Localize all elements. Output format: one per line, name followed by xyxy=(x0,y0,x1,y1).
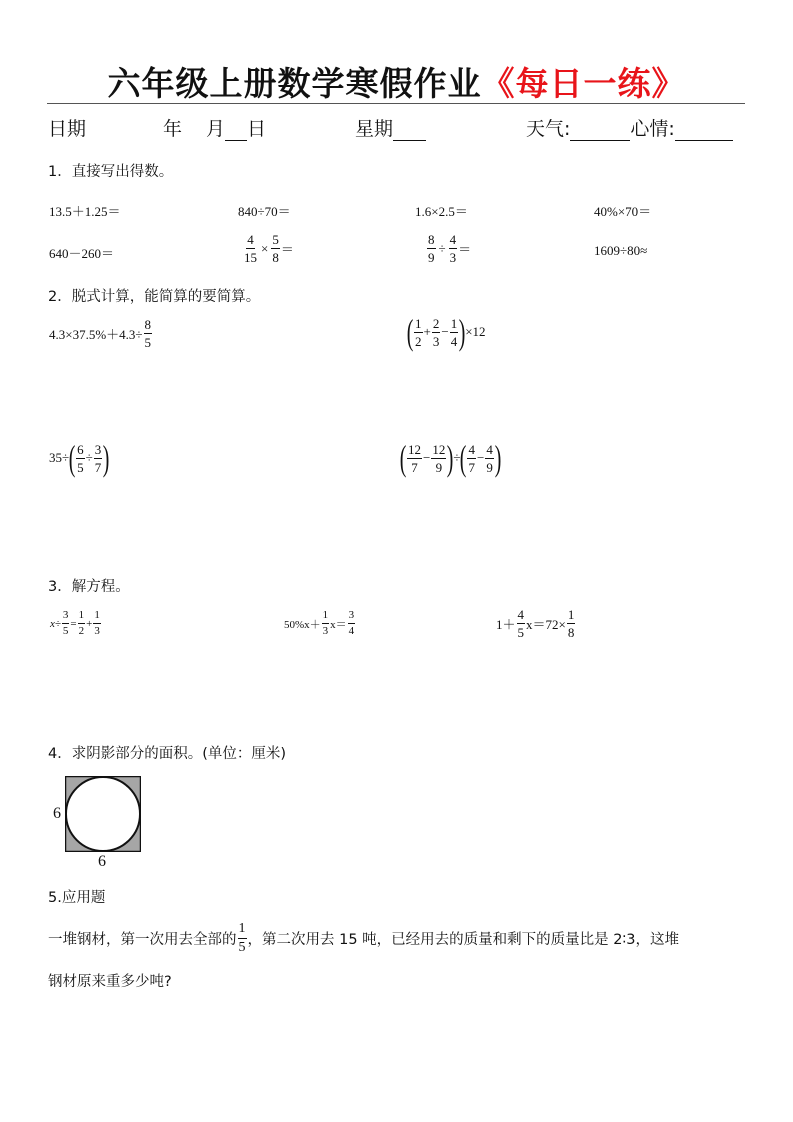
title-main: 六年级上册数学寒假作业 xyxy=(108,64,482,103)
q5-problem-line-1: 一堆钢材，第一次用去全部的 15 ，第二次用去 15 吨，已经用去的质量和剩下的… xyxy=(48,922,679,955)
q1-item-5: 640－260＝ xyxy=(49,243,114,262)
weekday-field[interactable]: 星期 xyxy=(355,114,426,141)
mood-blank[interactable] xyxy=(675,122,733,141)
q1-item-6: 415 × 58 ＝ xyxy=(242,233,294,264)
year-label: 年 xyxy=(163,114,182,141)
month-day-field[interactable]: 月日 xyxy=(206,114,266,141)
q3-title: 3．解方程。 xyxy=(48,575,130,596)
q1-item-4: 40%×70＝ xyxy=(594,201,651,220)
date-label: 日期 xyxy=(48,114,86,141)
q4-title: 4．求阴影部分的面积。(单位：厘米) xyxy=(48,742,286,763)
day-label: 日 xyxy=(247,118,266,140)
side-length-label: 6 xyxy=(53,805,61,823)
q2-expr-3: 35÷ ( 65 ÷ 37 ) xyxy=(49,440,109,476)
q1-title: 1．直接写出得数。 xyxy=(48,160,173,181)
weekday-blank[interactable] xyxy=(393,122,426,141)
q1-item-2: 840÷70＝ xyxy=(238,201,291,220)
q2-expr-2: ( 12 + 23 − 14 ) ×12 xyxy=(407,314,486,350)
mood-label: 心情: xyxy=(630,118,674,140)
weather-field[interactable]: 天气:心情: xyxy=(526,114,733,141)
q1-item-7: 89 ÷ 43 ＝ xyxy=(426,233,471,264)
title-highlight: 《每日一练》 xyxy=(482,64,686,103)
q1-item-1: 13.5＋1.25＝ xyxy=(49,201,121,220)
q2-expr-1: 4.3×37.5%＋4.3÷ 85 xyxy=(49,318,153,349)
weather-label: 天气: xyxy=(526,118,570,140)
q5-problem-line-2: 钢材原来重多少吨? xyxy=(48,970,172,991)
weather-blank[interactable] xyxy=(570,122,630,141)
q2-title: 2．脱式计算，能简算的要简算。 xyxy=(48,285,260,306)
shaded-square-circle-figure xyxy=(65,776,141,852)
q3-equation-2: 50%x＋ 13 x＝ 34 xyxy=(284,610,356,637)
q1-item-3: 1.6×2.5＝ xyxy=(415,201,468,220)
title-divider xyxy=(47,103,745,104)
worksheet-title: 六年级上册数学寒假作业《每日一练》 xyxy=(0,58,793,105)
q3-equation-3: 1＋ 45 x＝72× 18 xyxy=(496,608,576,639)
bottom-length-label: 6 xyxy=(98,853,106,871)
q1-item-8: 1609÷80≈ xyxy=(594,243,647,259)
month-label: 月 xyxy=(206,118,225,140)
q2-expr-4: ( 127 − 129 ) ÷ ( 47 − 49 ) xyxy=(400,440,501,476)
day-blank[interactable] xyxy=(225,122,247,141)
q3-equation-1: x÷ 35 = 12 + 13 xyxy=(50,610,102,637)
q5-title: 5.应用题 xyxy=(48,886,105,907)
weekday-label: 星期 xyxy=(355,118,393,140)
